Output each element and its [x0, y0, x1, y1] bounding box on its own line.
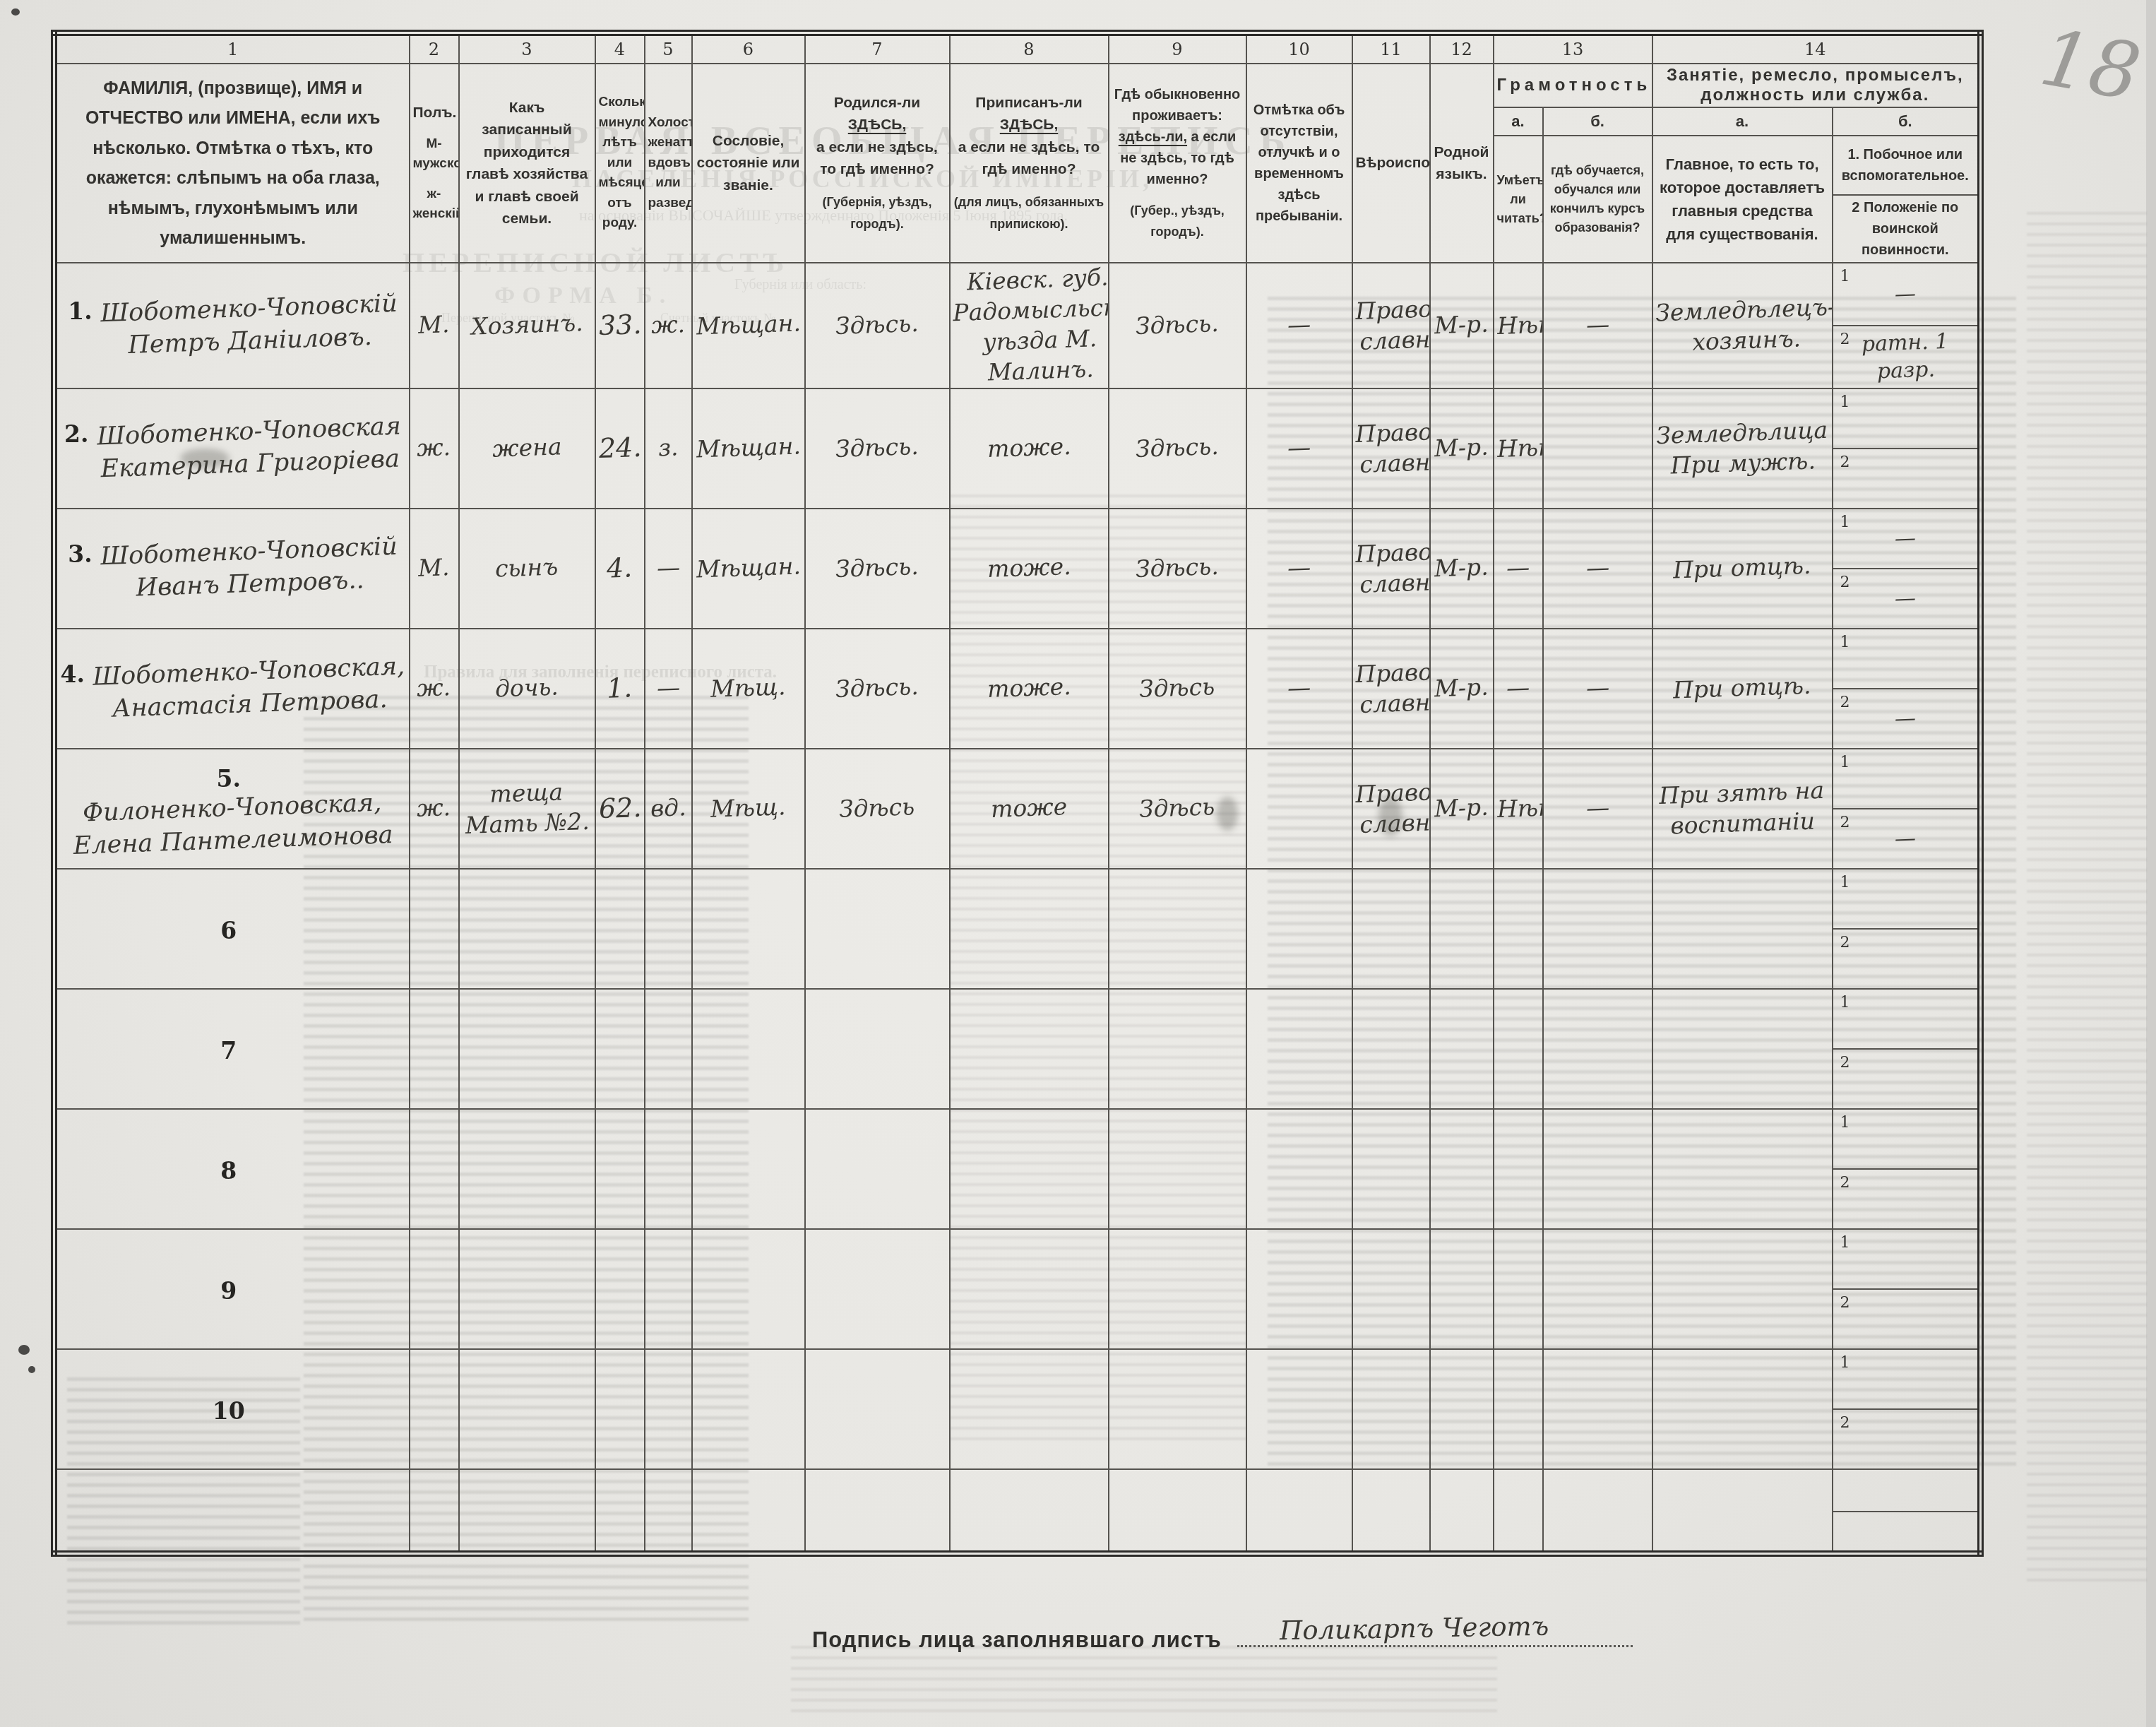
header-col-registration: Приписанъ-ли ЗДѢСЬ, а если не здѣсь, то …	[950, 64, 1109, 263]
header-col-relation: Какъ записанный приходится главѣ хозяйст…	[459, 64, 595, 263]
scan-edge	[2146, 0, 2156, 1727]
handwritten-value: Право- славн.	[1354, 417, 1429, 480]
cell-occupation-main: При отцѣ.	[1652, 629, 1833, 749]
cell-estate	[692, 1109, 805, 1229]
cell-occupation-side: 1—	[1833, 263, 1981, 326]
cell-estate	[692, 1349, 805, 1469]
handwritten-value: —	[1506, 553, 1530, 584]
cell-relation	[459, 1229, 595, 1349]
cell-literacy-read: Нѣтъ.	[1494, 263, 1543, 388]
cell-literacy-school: —	[1543, 749, 1652, 869]
cell-native-language	[1430, 1469, 1494, 1554]
cell-sex: ж.	[410, 388, 459, 509]
printed-sub-label: 1	[1840, 754, 1850, 771]
handwritten-value: —	[1894, 280, 1916, 308]
table-row: 81	[54, 1109, 1981, 1169]
header-num-1: 1	[54, 33, 410, 64]
cell-sex	[410, 989, 459, 1109]
printed-sub-label: 2	[1840, 1054, 1850, 1072]
cell-estate	[692, 869, 805, 989]
cell-military-status: 2ратн. 1 разр.	[1833, 326, 1981, 388]
cell-religion: Право- славн.	[1352, 629, 1430, 749]
cell-literacy-read: Нѣтъ.	[1494, 388, 1543, 509]
handwritten-value: ж.	[417, 432, 451, 464]
cell-marital-status: з.	[645, 388, 692, 509]
cell-age	[595, 1349, 645, 1469]
cell-religion	[1352, 1229, 1430, 1349]
cell-relation: теща Мать №2.	[459, 749, 595, 869]
table-row: 3.Шоботенко-Чоповскій Иванъ Петровъ..М.с…	[54, 509, 1981, 569]
printed-row-number: 8	[220, 1153, 237, 1185]
handwritten-value: тоже.	[987, 432, 1071, 465]
cell-military-status: 2	[1833, 1409, 1981, 1469]
handwritten-value: Кіевск. губ. Радомысльск. уѣзда М. Малин…	[951, 263, 1109, 388]
header-born-note: (Губернія, уѣздъ, городъ).	[823, 195, 932, 232]
cell-sex	[410, 1349, 459, 1469]
table-row: 71	[54, 989, 1981, 1049]
header-reg-here: ЗДѢСЬ,	[1000, 117, 1058, 133]
cell-estate: Мѣщан.	[692, 509, 805, 629]
cell-occupation-side: 1	[1833, 869, 1981, 929]
cell-residence	[1109, 1469, 1246, 1554]
cell-relation	[459, 1109, 595, 1229]
cell-marital-status	[645, 1109, 692, 1229]
cell-age	[595, 1469, 645, 1554]
printed-sub-label: 2	[1840, 574, 1850, 591]
cell-religion	[1352, 1349, 1430, 1469]
printed-sub-label: 1	[1840, 1354, 1850, 1372]
handwritten-value: М-р.	[1434, 793, 1489, 825]
handwritten-value: Здѣсь	[839, 792, 915, 825]
cell-birthplace: Здѣсь.	[805, 509, 950, 629]
handwritten-value: —	[1894, 704, 1916, 732]
cell-relation: Хозяинъ.	[459, 263, 595, 388]
cell-sex	[410, 1469, 459, 1554]
cell-birthplace: Здѣсь.	[805, 263, 950, 388]
handwritten-value: дочь.	[494, 672, 559, 705]
printed-row-number: 5.	[217, 761, 241, 793]
handwritten-value: —	[1894, 524, 1916, 552]
header-born-here: ЗДѢСЬ,	[848, 117, 906, 133]
cell-birthplace: Здѣсь	[805, 749, 950, 869]
cell-marital-status	[645, 1229, 692, 1349]
handwritten-value: теща Мать №2.	[464, 776, 590, 841]
cell-age	[595, 989, 645, 1109]
cell-relation: дочь.	[459, 629, 595, 749]
cell-occupation-main: При зятѣ на воспитаніи	[1652, 749, 1833, 869]
cell-absence-note	[1246, 749, 1352, 869]
table-row: 101	[54, 1349, 1981, 1409]
handwritten-value: Право- славн.	[1354, 294, 1429, 357]
cell-estate: Мѣщ.	[692, 629, 805, 749]
cell-registration: Кіевск. губ. Радомысльск. уѣзда М. Малин…	[950, 263, 1109, 388]
handwritten-value: —	[656, 553, 680, 584]
handwritten-value: —	[1585, 673, 1609, 704]
scan-speck	[28, 1366, 35, 1373]
cell-age: 4.	[595, 509, 645, 629]
cell-military-status: 2	[1833, 1289, 1981, 1349]
cell-registration	[950, 1349, 1109, 1469]
cell-literacy-school	[1543, 1229, 1652, 1349]
handwritten-value: М-р.	[1434, 432, 1489, 465]
cell-religion: Право- славн.	[1352, 509, 1430, 629]
cell-birthplace	[805, 989, 950, 1109]
cell-occupation-side: 1	[1833, 1109, 1981, 1169]
header-col-absence: Отмѣтка объ отсутствіи, отлучкѣ и о врем…	[1246, 64, 1352, 263]
cell-registration: тоже.	[950, 509, 1109, 629]
signature-row: Подпись лица заполнявшаго листъ Поликарп…	[812, 1621, 1633, 1653]
printed-sub-label: 2	[1840, 814, 1850, 831]
header-reg-note: (для лицъ, обязанныхъ припискою).	[954, 195, 1104, 232]
signature-line: Поликарпъ Чеготъ	[1237, 1621, 1633, 1647]
cell-estate	[692, 1229, 805, 1349]
header-num-10: 10	[1246, 33, 1352, 64]
cell-residence	[1109, 1349, 1246, 1469]
cell-registration	[950, 989, 1109, 1109]
cell-military-status: 2	[1833, 449, 1981, 509]
cell-military-status: 2	[1833, 1049, 1981, 1109]
handwritten-value: ратн. 1 разр.	[1835, 327, 1975, 387]
printed-sub-label: 1	[1840, 1114, 1850, 1132]
cell-estate: Мѣщ.	[692, 749, 805, 869]
handwritten-value: ж.	[417, 672, 451, 704]
header-num-14: 14	[1652, 33, 1981, 64]
scan-speck	[18, 1345, 30, 1355]
handwritten-value: 33.	[598, 307, 642, 343]
header-num-4: 4	[595, 33, 645, 64]
cell-registration: тоже	[950, 749, 1109, 869]
cell-native-language: М-р.	[1430, 629, 1494, 749]
cell-native-language: М-р.	[1430, 388, 1494, 509]
cell-name: 7	[54, 989, 410, 1109]
cell-residence: Здѣсь.	[1109, 388, 1246, 509]
cell-registration: тоже.	[950, 629, 1109, 749]
cell-name: 6	[54, 869, 410, 989]
header-res-pre: Гдѣ обыкновенно проживаетъ:	[1114, 87, 1240, 124]
header-literacy-b-label: б.	[1543, 107, 1652, 136]
handwritten-value: ж.	[650, 310, 685, 342]
header-sex-title: Полъ.	[413, 102, 455, 124]
handwritten-value: 62.	[598, 790, 642, 826]
printed-sub-label: 1	[1840, 393, 1850, 411]
cell-religion: Право- славн.	[1352, 263, 1430, 388]
handwritten-value: Здѣсь	[1139, 672, 1215, 705]
signature-label: Подпись лица заполнявшаго листъ	[812, 1627, 1222, 1652]
cell-literacy-school: —	[1543, 509, 1652, 629]
printed-sub-label: 2	[1840, 694, 1850, 711]
printed-sub-label: 2	[1840, 1414, 1850, 1432]
handwritten-signature: Поликарпъ Чеготъ	[1280, 1611, 1549, 1646]
cell-absence-note	[1246, 1109, 1352, 1229]
cell-relation	[459, 1469, 595, 1554]
handwritten-value: 24.	[598, 430, 642, 466]
header-occupation-a-label: а.	[1652, 107, 1833, 136]
handwritten-value: При отцѣ.	[1673, 551, 1812, 586]
handwritten-value: тоже.	[987, 672, 1071, 705]
cell-age: 1.	[595, 629, 645, 749]
printed-row-number: 10	[213, 1393, 245, 1425]
handwritten-value: Нѣтъ.	[1496, 432, 1543, 465]
handwritten-value: Мѣщ.	[710, 672, 787, 705]
handwritten-value: вд.	[650, 793, 686, 824]
cell-birthplace	[805, 1109, 950, 1229]
table-row: 5.Филоненко-Чоповская, Елена Пантелеимон…	[54, 749, 1981, 809]
printed-row-number: 2.	[64, 416, 88, 448]
handwritten-value: жена	[492, 432, 562, 464]
printed-sub-label: 1	[1840, 874, 1850, 891]
handwritten-value: При зятѣ на воспитаніи	[1659, 776, 1826, 842]
cell-estate: Мѣщан.	[692, 388, 805, 509]
cell-religion	[1352, 989, 1430, 1109]
handwritten-value: сынъ	[495, 552, 559, 585]
cell-sex: М.	[410, 263, 459, 388]
cell-occupation-side: 1	[1833, 629, 1981, 689]
cell-registration	[950, 1109, 1109, 1229]
cell-marital-status	[645, 1469, 692, 1554]
header-occupation-main-desc: Главное, то есть то, которое доставляетъ…	[1652, 136, 1833, 263]
cell-literacy-school: —	[1543, 263, 1652, 388]
cell-name: 4.Шоботенко-Чоповская, Анастасія Петрова…	[54, 629, 410, 749]
cell-residence	[1109, 989, 1246, 1109]
cell-occupation-main	[1652, 1109, 1833, 1229]
cell-native-language: М-р.	[1430, 263, 1494, 388]
header-num-3: 3	[459, 33, 595, 64]
cell-estate: Мѣщан.	[692, 263, 805, 388]
cell-absence-note: —	[1246, 388, 1352, 509]
handwritten-value: тоже.	[987, 552, 1071, 585]
cell-name: 3.Шоботенко-Чоповскій Иванъ Петровъ..	[54, 509, 410, 629]
table-row: 4.Шоботенко-Чоповская, Анастасія Петрова…	[54, 629, 1981, 689]
handwritten-value: Нѣтъ	[1496, 792, 1543, 825]
cell-literacy-school	[1543, 1469, 1652, 1554]
cell-military-status: 2—	[1833, 569, 1981, 629]
handwritten-value: Право- славн.	[1354, 537, 1429, 600]
cell-absence-note	[1246, 869, 1352, 989]
cell-marital-status	[645, 869, 692, 989]
cell-literacy-school	[1543, 869, 1652, 989]
cell-military-status: 2—	[1833, 809, 1981, 869]
header-res-note: (Губер., уѣздъ, городъ).	[1130, 203, 1225, 239]
cell-religion: Право- славн.	[1352, 388, 1430, 509]
cell-marital-status: —	[645, 509, 692, 629]
cell-literacy-read	[1494, 1469, 1543, 1554]
printed-sub-label: 1	[1840, 514, 1850, 531]
table-row	[54, 1469, 1981, 1512]
handwritten-value: —	[1287, 433, 1311, 464]
handwritten-value: —	[656, 673, 680, 704]
cell-occupation-side: 1	[1833, 1229, 1981, 1289]
cell-estate	[692, 989, 805, 1109]
cell-residence: Здѣсь.	[1109, 263, 1246, 388]
cell-native-language	[1430, 1229, 1494, 1349]
cell-absence-note: —	[1246, 263, 1352, 388]
header-sex-female: ж-женскій.	[413, 184, 455, 225]
cell-literacy-read: —	[1494, 629, 1543, 749]
header-col-language: Родной языкъ.	[1430, 64, 1494, 263]
handwritten-value: М.	[418, 552, 451, 583]
handwritten-value: Здѣсь.	[835, 432, 919, 465]
cell-occupation-main	[1652, 1349, 1833, 1469]
cell-marital-status: вд.	[645, 749, 692, 869]
cell-literacy-read	[1494, 1109, 1543, 1229]
bleed-text-right-margin	[2027, 212, 2147, 1589]
cell-literacy-read	[1494, 989, 1543, 1109]
header-col-marital: Холостъ, женатъ, вдовъ или разведенъ.	[645, 64, 692, 263]
cell-residence	[1109, 1229, 1246, 1349]
handwritten-value: —	[1894, 824, 1916, 853]
cell-native-language	[1430, 869, 1494, 989]
handwritten-value: М-р.	[1434, 309, 1489, 342]
handwritten-value: М-р.	[1434, 672, 1489, 705]
handwritten-name: Шоботенко-Чоповскій Иванъ Петровъ..	[100, 531, 398, 606]
handwritten-value: 1.	[607, 670, 633, 706]
header-num-5: 5	[645, 33, 692, 64]
printed-row-number: 3.	[68, 536, 92, 568]
header-literacy-a-label: а.	[1494, 107, 1543, 136]
cell-literacy-school: —	[1543, 629, 1652, 749]
scanned-census-sheet: ПЕРВАЯ ВСЕОБЩАЯ ПЕРЕПИСЬ НАСЕЛЕНІЯ РОССІ…	[0, 0, 2156, 1727]
cell-marital-status: ж.	[645, 263, 692, 388]
header-col-sex: Полъ. М-мужской. ж-женскій.	[410, 64, 459, 263]
printed-row-number: 6	[220, 913, 237, 944]
cell-birthplace	[805, 1229, 950, 1349]
printed-sub-label: 1	[1840, 634, 1850, 651]
handwritten-value: М-р.	[1434, 552, 1489, 585]
cell-occupation-side: 1—	[1833, 509, 1981, 569]
printed-sub-label: 1	[1840, 268, 1850, 285]
printed-sub-label: 1	[1840, 1234, 1850, 1252]
cell-military-status	[1833, 1512, 1981, 1554]
cell-registration	[950, 1469, 1109, 1554]
cell-birthplace: Здѣсь.	[805, 388, 950, 509]
cell-occupation-side: 1	[1833, 749, 1981, 809]
page-number: 18	[2034, 12, 2147, 118]
cell-military-status: 2	[1833, 1169, 1981, 1229]
cell-marital-status: —	[645, 629, 692, 749]
cell-relation: сынъ	[459, 509, 595, 629]
printed-sub-label: 1	[1840, 994, 1850, 1011]
handwritten-value: Мѣщан.	[696, 552, 801, 586]
cell-age: 24.	[595, 388, 645, 509]
handwritten-value: Здѣсь.	[835, 672, 919, 705]
handwritten-value: тоже	[990, 792, 1068, 825]
handwritten-name: Филоненко-Чоповская, Елена Пантелеимонов…	[72, 787, 394, 862]
ink-smudge	[1217, 797, 1238, 831]
cell-estate	[692, 1469, 805, 1554]
cell-religion	[1352, 1109, 1430, 1229]
cell-name: 10	[54, 1349, 410, 1469]
printed-row-number: 9	[220, 1273, 237, 1305]
handwritten-value: Здѣсь.	[1136, 309, 1220, 342]
cell-age: 62.	[595, 749, 645, 869]
printed-sub-label: 2	[1840, 1174, 1850, 1192]
header-col-birthplace: Родился-ли ЗДѢСЬ, а если не здѣсь, то гд…	[805, 64, 950, 263]
cell-registration	[950, 1229, 1109, 1349]
cell-birthplace: Здѣсь.	[805, 629, 950, 749]
header-sex-male: М-мужской.	[413, 134, 455, 174]
printed-row-number: 7	[220, 1033, 237, 1064]
cell-name: 9	[54, 1229, 410, 1349]
handwritten-value: —	[1287, 553, 1311, 584]
printed-sub-label: 2	[1840, 1294, 1850, 1312]
cell-literacy-read	[1494, 1349, 1543, 1469]
cell-registration	[950, 869, 1109, 989]
table-row: 2.Шоботенко-Чоповская Екатерина Григоріе…	[54, 388, 1981, 449]
cell-residence: Здѣсь	[1109, 629, 1246, 749]
printed-sub-label: 2	[1840, 453, 1850, 471]
handwritten-value: Здѣсь.	[1136, 552, 1220, 585]
header-num-7: 7	[805, 33, 950, 64]
header-num-6: 6	[692, 33, 805, 64]
cell-relation	[459, 869, 595, 989]
handwritten-value: Земледѣлецъ- хозяинъ.	[1655, 292, 1832, 359]
handwritten-value: Мѣщ.	[710, 792, 787, 825]
header-occupation-title: Занятіе, ремесло, промыселъ, должность и…	[1652, 64, 1981, 107]
handwritten-name: Шоботенко-Чоповская Екатерина Григоріева	[96, 411, 403, 486]
cell-sex	[410, 1229, 459, 1349]
header-text-row: ФАМИЛІЯ, (прозвище), ИМЯ и ОТЧЕСТВО или …	[54, 64, 1981, 107]
ink-smudge	[1378, 797, 1402, 836]
cell-absence-note	[1246, 1469, 1352, 1554]
header-occupation-side-desc: 1. Побочное или вспомогательное.	[1833, 136, 1981, 195]
table-row: 91	[54, 1229, 1981, 1289]
printed-row-number: 4.	[61, 656, 85, 688]
bleed-text-bottom-strip	[791, 1646, 1497, 1716]
cell-occupation-main: Земледѣлица При мужѣ.	[1652, 388, 1833, 509]
cell-occupation-side	[1833, 1469, 1981, 1512]
handwritten-value: М.	[418, 310, 451, 341]
cell-name: 5.Филоненко-Чоповская, Елена Пантелеимон…	[54, 749, 410, 869]
scan-speck	[11, 8, 20, 16]
census-table: 1 2 3 4 5 6 7 8 9 10 11 12 13 14 ФАМИЛІЯ…	[51, 30, 1984, 1557]
cell-name: 2.Шоботенко-Чоповская Екатерина Григоріе…	[54, 388, 410, 509]
cell-literacy-read	[1494, 869, 1543, 989]
cell-name: 1.Шоботенко-Чоповскій Петръ Даніиловъ.	[54, 263, 410, 388]
handwritten-value: Здѣсь.	[835, 309, 919, 342]
handwritten-value: —	[1585, 553, 1609, 584]
handwritten-value: При отцѣ.	[1673, 671, 1812, 706]
cell-sex: ж.	[410, 629, 459, 749]
cell-age	[595, 869, 645, 989]
cell-native-language	[1430, 989, 1494, 1109]
cell-sex	[410, 1109, 459, 1229]
cell-residence	[1109, 869, 1246, 989]
handwritten-value: Здѣсь	[1139, 792, 1215, 825]
header-literacy-b-desc: гдѣ обучается, обучался или кончилъ курс…	[1543, 136, 1652, 263]
cell-occupation-main: При отцѣ.	[1652, 509, 1833, 629]
header-num-9: 9	[1109, 33, 1246, 64]
cell-native-language: М-р.	[1430, 509, 1494, 629]
cell-registration: тоже.	[950, 388, 1109, 509]
handwritten-value: Хозяинъ.	[470, 309, 583, 343]
cell-literacy-school	[1543, 989, 1652, 1109]
handwritten-name: Шоботенко-Чоповская, Анастасія Петрова.	[93, 651, 407, 725]
cell-literacy-read: —	[1494, 509, 1543, 629]
table-row: 61	[54, 869, 1981, 929]
header-military-desc: 2 Положеніе по воинской повинности.	[1833, 195, 1981, 263]
header-col-residence: Гдѣ обыкновенно проживаетъ: здѣсь-ли, а …	[1109, 64, 1246, 263]
header-col-name: ФАМИЛІЯ, (прозвище), ИМЯ и ОТЧЕСТВО или …	[54, 64, 410, 263]
cell-military-status: 2—	[1833, 689, 1981, 749]
cell-name	[54, 1469, 410, 1554]
handwritten-name: Шоботенко-Чоповскій Петръ Даніиловъ.	[100, 288, 398, 363]
cell-literacy-school	[1543, 388, 1652, 509]
cell-absence-note	[1246, 1229, 1352, 1349]
cell-literacy-read	[1494, 1229, 1543, 1349]
cell-age	[595, 1109, 645, 1229]
cell-absence-note	[1246, 1349, 1352, 1469]
header-num-13: 13	[1494, 33, 1652, 64]
